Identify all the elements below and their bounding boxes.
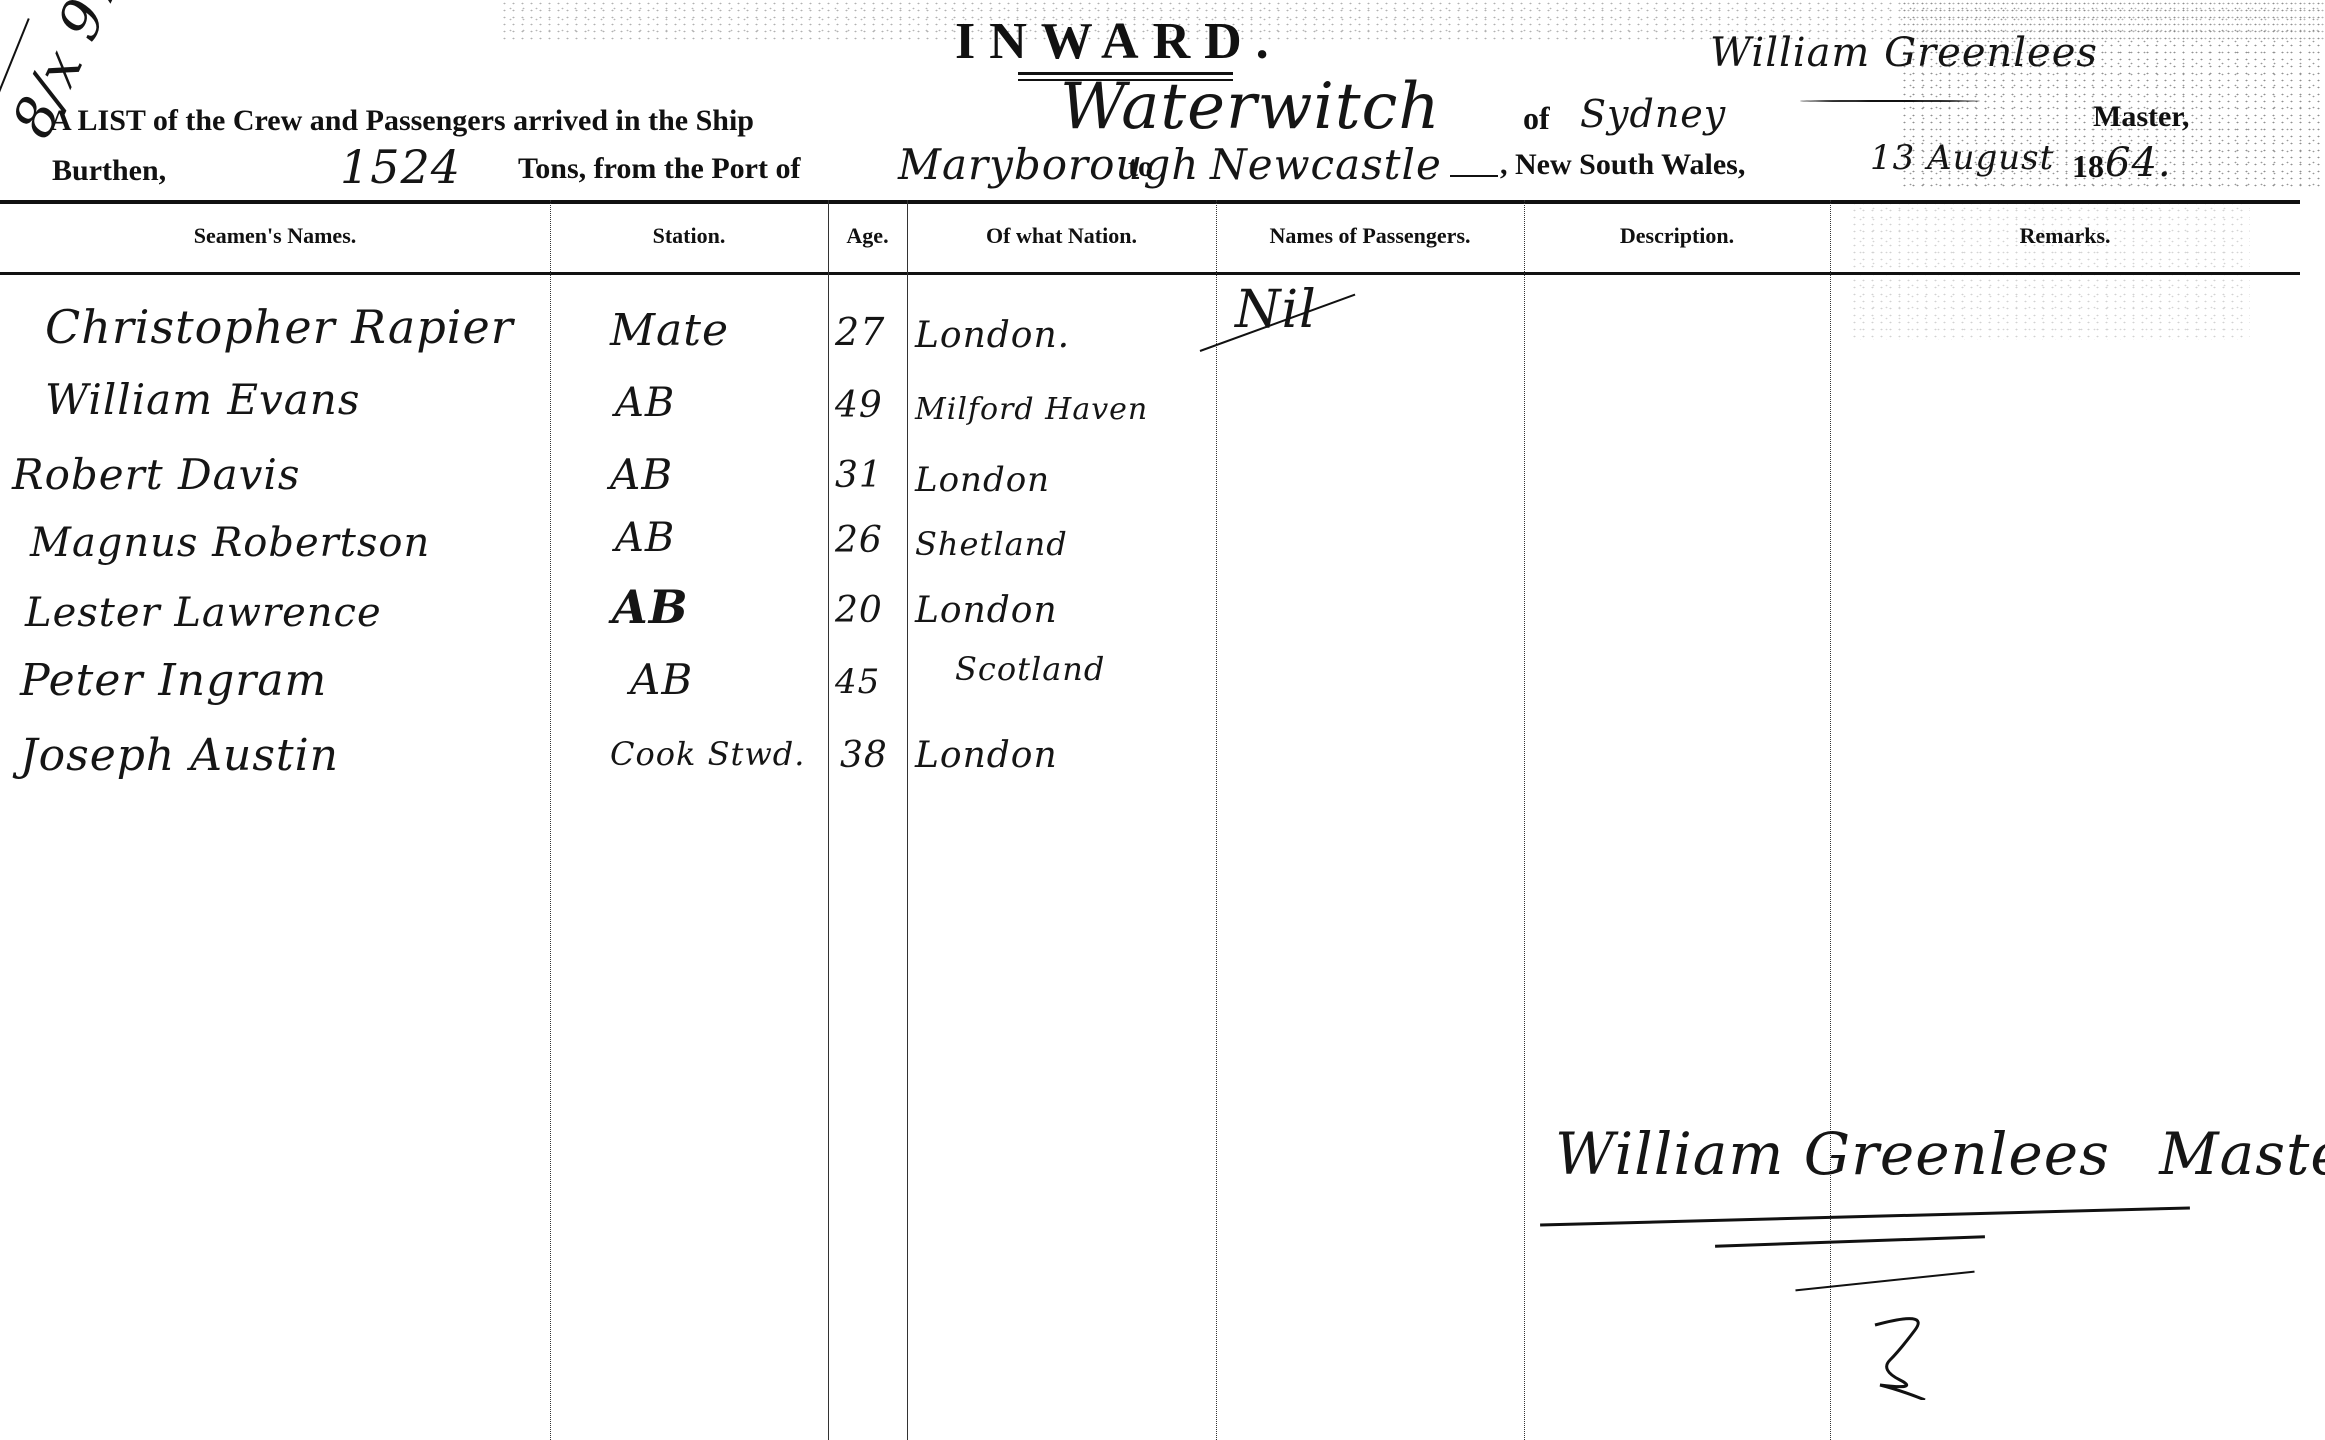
master-signature: William Greenlees Master	[1555, 1120, 2325, 1188]
tons-from-port-label: Tons, from the Port of	[518, 152, 800, 186]
colony-label: , New South Wales,	[1500, 148, 1745, 182]
station: AB	[610, 450, 673, 499]
divider-description	[1524, 200, 1525, 1440]
age: 20	[835, 590, 883, 631]
column-header-station: Station.	[550, 216, 828, 256]
signature-squiggle	[1870, 1290, 1950, 1400]
nation: Shetland	[915, 525, 1068, 563]
station: AB	[612, 580, 689, 634]
master-label: Master,	[2093, 100, 2189, 134]
station: AB	[615, 515, 675, 561]
signature-flourish-1	[1540, 1206, 2190, 1226]
signature-flourish-2	[1715, 1235, 1985, 1247]
station: AB	[630, 655, 693, 704]
date-handwritten: 13 August	[1870, 138, 2054, 178]
burthen-label: Burthen,	[52, 154, 166, 188]
column-header-age: Age.	[828, 216, 907, 256]
age: 38	[840, 735, 888, 776]
column-header-description: Description.	[1524, 216, 1830, 256]
table-top-rule	[0, 200, 2300, 204]
to-port: Newcastle	[1210, 140, 1442, 189]
passengers-nil: Nil	[1235, 280, 1317, 340]
nation: Scotland	[955, 650, 1105, 688]
signature-flourish-3	[1795, 1271, 1974, 1292]
column-header-remarks: Remarks.	[1830, 216, 2300, 256]
divider-remarks	[1830, 200, 1831, 1440]
divider-nation	[907, 200, 908, 1440]
intro-text: A LIST of the Crew and Passengers arrive…	[50, 104, 754, 138]
page-title: INWARD.	[955, 12, 1283, 71]
year-handwritten: 64.	[2105, 140, 2172, 186]
age: 49	[835, 385, 883, 426]
seaman-name: Christopher Rapier	[45, 300, 514, 354]
age: 27	[835, 310, 885, 354]
seaman-name: Peter Ingram	[20, 655, 327, 706]
station: Mate	[610, 305, 729, 356]
year-printed: 18	[2072, 148, 2104, 185]
seaman-name: Joseph Austin	[20, 730, 339, 781]
age: 45	[835, 662, 880, 702]
seaman-name: Lester Lawrence	[25, 590, 382, 636]
nation: London	[915, 460, 1050, 500]
from-port: Maryborough	[898, 140, 1199, 189]
column-header-nation: Of what Nation.	[907, 216, 1216, 256]
to-port-dash	[1450, 175, 1498, 177]
header-bottom-rule	[0, 272, 2300, 275]
seaman-name: William Evans	[45, 375, 360, 424]
station: AB	[615, 380, 675, 426]
of-label: of	[1523, 100, 1550, 137]
divider-age	[828, 200, 829, 1440]
master-name: William Greenlees	[1710, 30, 2098, 76]
ship-port: Sydney	[1580, 92, 1726, 136]
seaman-name: Robert Davis	[12, 450, 300, 499]
age: 31	[835, 455, 883, 496]
column-header-seamen: Seamen's Names.	[0, 216, 550, 256]
divider-station	[550, 200, 551, 1440]
signature-title: Master	[2159, 1120, 2325, 1188]
to-label: to	[1128, 150, 1153, 184]
divider-passengers	[1216, 200, 1217, 1440]
nation: London.	[915, 315, 1070, 356]
station: Cook Stwd.	[610, 735, 805, 773]
nation: London	[915, 735, 1058, 776]
seaman-name: Magnus Robertson	[30, 520, 430, 566]
column-header-passengers: Names of Passengers.	[1216, 216, 1524, 256]
ship-name: Waterwitch	[1060, 70, 1441, 144]
nation: London	[915, 590, 1058, 631]
signature-name: William Greenlees	[1555, 1120, 2110, 1188]
master-name-underline	[1800, 100, 1980, 102]
tonnage-value: 1524	[340, 140, 461, 194]
age: 26	[835, 520, 883, 561]
nation: Milford Haven	[915, 392, 1148, 427]
